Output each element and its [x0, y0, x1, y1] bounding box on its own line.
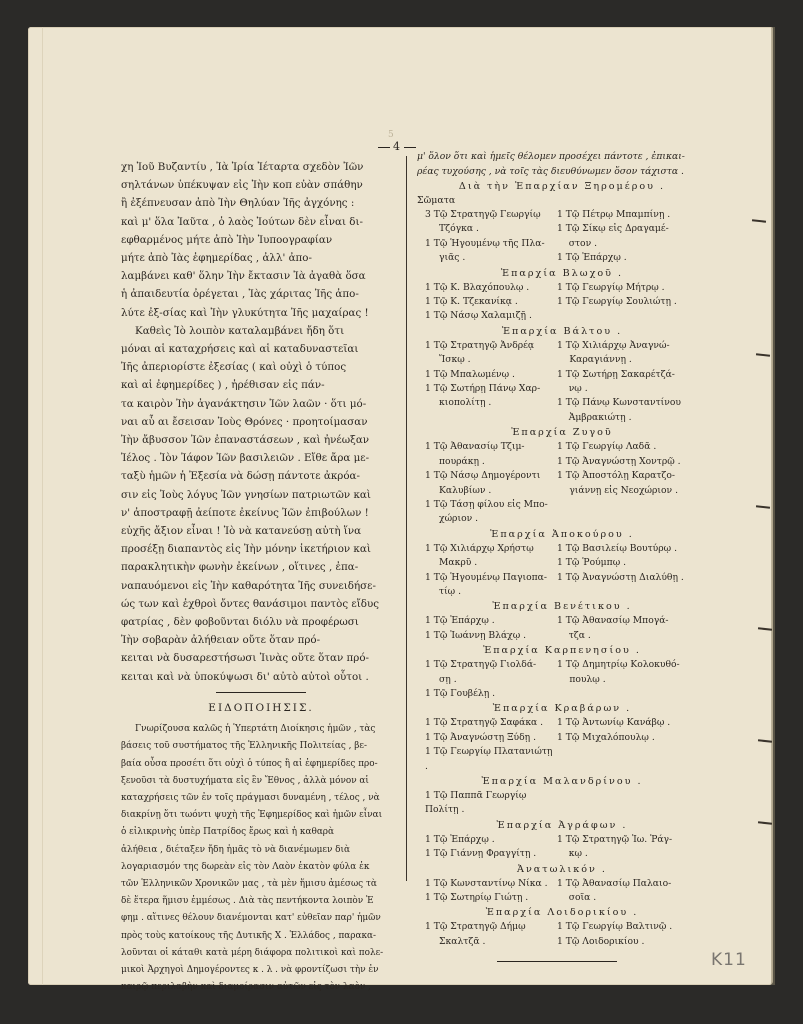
recipient-entry: 1 Τῷ Στρατηγῷ Σαφάκα .: [417, 716, 557, 730]
text-line: διακρίνῃ ὅτι τωόντι ψυχὴ τῆς Ἐφημερίδος …: [121, 807, 401, 824]
text-line: βαία οὖσα προσέτι ὅτι οὐχὶ ὁ τύπος ἢ αἱ …: [121, 756, 401, 773]
recipient-entry: σοῖα .: [547, 891, 707, 905]
recipient-row: 1 Τῷ Κ. Βλαχόπουλῳ .1 Τῷ Γεωργίῳ Μήτρῳ .: [417, 281, 707, 295]
text-line: εφθαρμένος μήτε ἀπὸ Ἰὴν Ἰυποογραφίαν: [121, 231, 401, 249]
recipient-entry: 1 Τῷ Κ. Τζεκανίκᾳ .: [417, 295, 557, 309]
province-section: Σῶματα3 Τῷ Στρατηγῷ Γεωργίῳ1 Τῷ Πέτρῳ Μπ…: [417, 194, 707, 266]
text-line: Ἰέλος . Ἰὸν Ἰάφον Ἰῶν βασιλειῶν . Εἴθε ἄ…: [121, 449, 401, 467]
recipient-row: 1 Τῷ Γουβέλῃ .: [417, 687, 707, 701]
recipient-entry: [557, 498, 707, 512]
recipient-entry: πουράκῃ .: [417, 455, 557, 469]
text-line: σηλτάνων ὑπέκυψαν εἰς Ἰὴν κοπ εὐὰν σπάθη…: [121, 176, 401, 194]
recipient-entry: 1 Τῷ Κωνσταντίνῳ Νίκα .: [417, 877, 557, 891]
end-rule: [497, 961, 617, 962]
recipient-row: 1 Τῷ Νάσῳ Χαλαμιζῇ .: [417, 309, 707, 323]
text-line: ὁ εἰλικρινὴς ὑπὲρ Πατρίδος ἔρως καὶ ἡ κα…: [121, 824, 401, 841]
text-line: κειται καὶ νὰ ὑποκύψωσι δι' αὐτὸ αὐτοὶ ο…: [121, 668, 401, 686]
notice-continuation: μ' ὅλον ὅτι καὶ ἡμεῖς θέλομεν προσέχει π…: [417, 150, 707, 179]
recipient-entry: 3 Τῷ Στρατηγῷ Γεωργίῳ: [417, 208, 557, 222]
recipient-row: Μακρῦ .1 Τῷ Ῥούμπῳ .: [417, 556, 707, 570]
bleed-through-page-number: 5: [388, 130, 394, 140]
province-section: Ἐπαρχία Βλωχοῦ .1 Τῷ Κ. Βλαχόπουλῳ .1 Τῷ…: [417, 267, 707, 324]
recipient-row: Τζόγκα .1 Τῷ Σίκῳ εἰς Δραγαμέ-: [417, 222, 707, 236]
recipient-entry: 1 Τῷ Τάσῃ φίλου εἰς Μπο-: [417, 498, 557, 512]
province-heading: Ἐπαρχία Ἀγράφων .: [417, 819, 707, 833]
province-heading: Ἐπαρχία Βλωχοῦ .: [417, 267, 707, 281]
text-line: ἀλήθεια , διέταξεν ἤδη ἡμᾶς τὸ νὰ διανέμ…: [121, 842, 401, 859]
recipient-entry: νῳ .: [547, 382, 707, 396]
recipient-row: Ἴσκῳ .Καραγιάννῃ .: [417, 353, 707, 367]
page-edge-shadow: [771, 27, 775, 985]
recipient-entry: 1 Τῷ Γεωργίῳ Σουλιώτῃ .: [557, 295, 707, 309]
recipient-row: γιᾶς .1 Τῷ Ἐπάρχῳ .: [417, 251, 707, 265]
recipient-row: 1 Τῷ Ἐπάρχῳ .1 Τῷ Ἀθανασίῳ Μπογά-: [417, 614, 707, 628]
recipient-entry: 1 Τῷ Σίκῳ εἰς Δραγαμέ-: [557, 222, 707, 236]
recipient-entry: [557, 789, 707, 818]
recipient-entry: Καραγιάννῃ .: [547, 353, 707, 367]
recipient-entry: τίῳ .: [417, 585, 557, 599]
recipient-entry: Τζόγκα .: [417, 222, 557, 236]
recipient-entry: 1 Τῷ Γεωργίῳ Μήτρῳ .: [557, 281, 707, 295]
province-section: Ἐπαρχία Βενέτικου .1 Τῷ Ἐπάρχῳ .1 Τῷ Ἀθα…: [417, 600, 707, 643]
recipient-entry: 1 Τῷ Χιλιάρχῳ Ἀναγνώ-: [557, 339, 707, 353]
text-line: Ἰῆς ἀπεριορίστε ἐξεσίας ( καὶ οὐχὶ ὁ τύπ…: [121, 358, 401, 376]
province-heading: Ἐπαρχία Βενέτικου .: [417, 600, 707, 614]
recipient-entry: 1 Τῷ Ἐπάρχῳ .: [417, 833, 557, 847]
recipient-row: πουράκῃ .1 Τῷ Ἀναγνώστῃ Χοντρῷ .: [417, 455, 707, 469]
text-line: ναι αὗ αι ἔσεισαν Ἰοὺς Θρόνες · προητοίμ…: [121, 413, 401, 431]
recipient-row: 1 Τῷ Γιάννῃ Φραγγίτῃ .κῳ .: [417, 847, 707, 861]
recipient-entry: 1 Τῷ Γεωργίῳ Βαλτινῷ .: [557, 920, 707, 934]
distribution-heading: Διὰ τὴν Ἐπαρχίαν Ξηρομέρου .: [417, 180, 707, 194]
recipient-entry: 1 Τῷ Ἀθανασίῳ Μπογά-: [557, 614, 707, 628]
province-section: Ἐπαρχία Ἀποκούρου .1 Τῷ Χιλιάρχῳ Χρήστῳ1…: [417, 528, 707, 600]
province-heading: Ἐπαρχία Ἀποκούρου .: [417, 528, 707, 542]
recipient-row: 1 Τῷ Χιλιάρχῳ Χρήστῳ1 Τῷ Βασιλείῳ Βουτύρ…: [417, 542, 707, 556]
recipient-entry: 1 Τῷ Ἀποστόλῃ Καρατζο-: [557, 469, 707, 483]
text-line: λαμβάνει καθ' ὅλην Ἰὴν ἔκτασιν Ἰὰ ἀγαθὰ …: [121, 267, 401, 285]
recipient-entry: 1 Τῷ Ἀναγνώστῃ Ξύδῃ .: [417, 731, 557, 745]
province-section: Ἐπαρχία Ἀγράφων .1 Τῷ Ἐπάρχῳ .1 Τῷ Στρατ…: [417, 819, 707, 862]
recipient-entry: 1 Τῷ Μιχαλόπουλῳ .: [557, 731, 707, 745]
recipient-entry: 1 Τῷ Ἀναγνώστῃ Διαλύθῃ .: [557, 571, 707, 585]
province-heading: Ἐπαρχία Βάλτου .: [417, 325, 707, 339]
archive-pencil-mark: K11: [711, 950, 747, 970]
text-line: Γνωρίζουσα καλῶς ἡ Ὑπερτάτη Διοίκησις ἡμ…: [121, 721, 401, 738]
recipient-entry: 1 Τῷ Ἰωάννῃ Βλάχῳ .: [417, 629, 547, 643]
article-paragraph-2: Καθεὶς Ἰὸ λοιπὸν καταλαμβάνει ἤδη ὅτιμόν…: [121, 322, 401, 686]
recipient-entry: [557, 745, 707, 774]
recipient-entry: 1 Τῷ Γιάννῃ Φραγγίτῃ .: [417, 847, 547, 861]
text-line: ναπαυόμενοι εἰς Ἰὴν καθαρότητα Ἰῆς συνει…: [121, 577, 401, 595]
text-line: ταξὺ ἡμῶν ἡ Ἐξεσία νὰ δώσῃ πάντοτε ἀκρόα…: [121, 467, 401, 485]
text-line: καταχρήσεις τῶν ἐν τοῖς πράγμασι δυναμέν…: [121, 790, 401, 807]
recipient-entry: 1 Τῷ Ἀθανασίῳ Παλαιο-: [557, 877, 707, 891]
text-line: κειται νὰ δυσαρεστήσωσι Ἰινὰς οὔτε ὅταν …: [121, 649, 401, 667]
recipient-entry: 1 Τῷ Νάσῳ Δημογέροντι: [417, 469, 557, 483]
recipient-row: 1 Τῷ Στρατηγῷ Δήμῳ1 Τῷ Γεωργίῳ Βαλτινῷ .: [417, 920, 707, 934]
recipient-row: 1 Τῷ Νάσῳ Δημογέροντι1 Τῷ Ἀποστόλῃ Καρατ…: [417, 469, 707, 483]
recipient-entry: [557, 309, 707, 323]
text-line: μόναι αἱ καταχρήσεις καὶ αἱ καταδυναστεῖ…: [121, 340, 401, 358]
text-line: ν' ἀποστραφῇ ἀείποτε ἐκείνυς Ἰῶν ἐπιβούλ…: [121, 504, 401, 522]
province-section: Ἐπαρχία Λοιδορικίου .1 Τῷ Στρατηγῷ Δήμῳ1…: [417, 906, 707, 949]
recipient-entry: γιάννῃ εἰς Νεοχώριον .: [547, 484, 707, 498]
recipient-entry: 1 Τῷ Βασιλείῳ Βουτύρῳ .: [557, 542, 707, 556]
recipient-entry: 1 Τῷ Στρατηγῷ Ἀνδρέᾳ: [417, 339, 557, 353]
recipient-row: 1 Τῷ Κ. Τζεκανίκᾳ .1 Τῷ Γεωργίῳ Σουλιώτῃ…: [417, 295, 707, 309]
recipient-row: 1 Τῷ Ἐπάρχῳ .1 Τῷ Στρατηγῷ Ἰω. Ῥάγ-: [417, 833, 707, 847]
text-line: τα καιρὸν Ἰὴν ἀγανάκτησιν Ἰῶν λαῶν · ὅτι…: [121, 395, 401, 413]
recipient-entry: 1 Τῷ Πάνῳ Κωνσταντίνου: [557, 396, 707, 410]
recipient-row: 1 Τῷ Σωτήρῃ Πάνῳ Χαρ-νῳ .: [417, 382, 707, 396]
recipient-entry: 1 Τῷ Στρατηγῷ Γιολδά-: [417, 658, 557, 672]
recipient-entry: κῳ .: [547, 847, 707, 861]
text-line: βάσεις τοῦ συστήματος τῆς Ἑλληνικῆς Πολι…: [121, 738, 401, 755]
recipient-entry: χώριον .: [417, 512, 557, 526]
recipient-entry: 1 Τῷ Ἀθανασίῳ Τζιμ-: [417, 440, 557, 454]
text-line: ἢ ἐξέπνευσαν ἀπὸ Ἰὴν Θηλύαν Ἰῆς ἀγχόνης …: [121, 194, 401, 212]
province-heading: Ἐπαρχία Μαλανδρίνου .: [417, 775, 707, 789]
page-number-text: 4: [393, 140, 401, 153]
text-line: Ἰὴν σοβαρὰν ἀλήθειαν οὔτε ὅταν πρό-: [121, 631, 401, 649]
province-section: Ἐπαρχία Καρπενησίου .1 Τῷ Στρατηγῷ Γιολδ…: [417, 644, 707, 701]
recipient-entry: Σκαλτζᾶ .: [417, 935, 557, 949]
text-line: φημ . αἵτινες θέλουν διανέμονται κατ' εὐ…: [121, 910, 401, 927]
recipient-entry: Μακρῦ .: [417, 556, 557, 570]
recipient-entry: τζα .: [547, 629, 707, 643]
text-line: πρὸς τοὺς κατοίκους τῆς Δυτικῆς Χ . Ἑλλά…: [121, 928, 401, 945]
recipient-row: 1 Τῷ Σωτηρίῳ Γιώτῃ .σοῖα .: [417, 891, 707, 905]
recipient-entry: [557, 687, 707, 701]
recipient-entry: 1 Τῷ Χιλιάρχῳ Χρήστῳ: [417, 542, 557, 556]
recipient-entry: 1 Τῷ Ἡγουμένῳ Παγιοπα-: [417, 571, 557, 585]
province-section: Ἐπαρχία Κραβάρων .1 Τῷ Στρατηγῷ Σαφάκα .…: [417, 702, 707, 774]
recipient-entry: 1 Τῷ Σωτηρίῳ Γιώτῃ .: [417, 891, 547, 905]
province-section: Ἐπαρχία Μαλανδρίνου .1 Τῷ Παππᾶ Γεωργίῳ …: [417, 775, 707, 818]
recipient-entry: 1 Τῷ Σωτήρῃ Πάνῳ Χαρ-: [417, 382, 547, 396]
recipient-row: 1 Τῷ Ἡγουμένῳ Παγιοπα-1 Τῷ Ἀναγνώστῃ Δια…: [417, 571, 707, 585]
text-line: ρέας τυχούσης , νὰ τοῖς τὰς διευθύνωμεν …: [417, 165, 707, 180]
province-heading: Ἐπαρχία Ζυγοῦ: [417, 426, 707, 440]
text-line: τῶν Ἑλληνικῶν Χρονικῶν μας , τὰ μὲν ἥμισ…: [121, 876, 401, 893]
recipient-entry: Καλυβίων .: [417, 484, 547, 498]
text-line: καὶ μ' ὅλα Ἰαῦτα , ὁ λαὸς Ἰούτων δὲν εἶν…: [121, 213, 401, 231]
recipient-row: 1 Τῷ Παππᾶ Γεωργίῳ Πολίτῃ .: [417, 789, 707, 818]
recipient-row: 3 Τῷ Στρατηγῷ Γεωργίῳ1 Τῷ Πέτρῳ Μπαμπίνῃ…: [417, 208, 707, 222]
article-paragraph-1: χη Ἰοῦ Βυζαντίυ , Ἰὰ Ἰρία Ἰέταρτα σχεδὸν…: [121, 158, 401, 322]
recipient-entry: [417, 411, 547, 425]
text-line: λογαριασμόν της δωρεὰν εἰς τὸν Λαὸν ἑκατ…: [121, 859, 401, 876]
province-heading: Ἐπαρχία Καρπενησίου .: [417, 644, 707, 658]
text-line: φατρίας , δὲν φοβοῦνται διόλυ νὰ προφέρω…: [121, 613, 401, 631]
recipient-row: 1 Τῷ Ἡγουμένῳ τῆς Πλα-στον .: [417, 237, 707, 251]
recipient-entry: [557, 512, 707, 526]
recipient-entry: 1 Τῷ Πέτρῳ Μπαμπίνῃ .: [557, 208, 707, 222]
recipient-entry: [557, 585, 707, 599]
text-line: προσέξῃ διαπαντὸς εἰς Ἰὴν μόνην ἱκετήριο…: [121, 540, 401, 558]
recipient-entry: κιοπολίτῃ .: [417, 396, 557, 410]
text-line: χη Ἰοῦ Βυζαντίυ , Ἰὰ Ἰρία Ἰέταρτα σχεδὸν…: [121, 158, 401, 176]
text-line: ἡ ἀπαιδευτία ὀρέγεται , Ἰὰς χάριτας Ἰῆς …: [121, 285, 401, 303]
text-line: ξενοῦσι τὰ δυστυχήματα εἰς ἓν Ἔθνος , ἀλ…: [121, 773, 401, 790]
text-line: μήτε ἀπὸ Ἰὰς ἐφημερίδας , ἀλλ' ἀπο-: [121, 249, 401, 267]
text-line: καὶ αἱ ἐφημερίδες ) , ἠρέθισαν εἰς πάν-: [121, 376, 401, 394]
recipient-row: 1 Τῷ Στρατηγῷ Ἀνδρέᾳ1 Τῷ Χιλιάρχῳ Ἀναγνώ…: [417, 339, 707, 353]
recipient-entry: 1 Τῷ Γεωργίῳ Πλατανιώτῃ .: [417, 745, 557, 774]
recipient-entry: Ἀμβρακιώτῃ .: [547, 411, 707, 425]
text-line: δὲ ἕτερα ἥμισυ ἐμμέσως . Διὰ τὰς πεντήκο…: [121, 893, 401, 910]
recipient-entry: 1 Τῷ Ἀντωνίῳ Κανάβῳ .: [557, 716, 707, 730]
recipient-entry: 1 Τῷ Γουβέλῃ .: [417, 687, 557, 701]
page-number: 4: [375, 140, 419, 153]
recipient-entry: 1 Τῷ Κ. Βλαχόπουλῳ .: [417, 281, 557, 295]
recipient-row: 1 Τῷ Τάσῃ φίλου εἰς Μπο-: [417, 498, 707, 512]
recipient-row: 1 Τῷ Ἀθανασίῳ Τζιμ-1 Τῷ Γεωργίῳ Λαδᾶ .: [417, 440, 707, 454]
text-line: Ἰὴν ἄβυσσον Ἰῶν ἐπαναστάσεων , καὶ ἠνέωξ…: [121, 431, 401, 449]
distribution-list: Σῶματα3 Τῷ Στρατηγῷ Γεωργίῳ1 Τῷ Πέτρῳ Μπ…: [417, 194, 707, 949]
province-section: Ἐπαρχία Βάλτου .1 Τῷ Στρατηγῷ Ἀνδρέᾳ1 Τῷ…: [417, 325, 707, 425]
recipient-entry: 1 Τῷ Γεωργίῳ Λαδᾶ .: [557, 440, 707, 454]
recipient-entry: 1 Τῷ Ἐπάρχῳ .: [417, 614, 557, 628]
text-line: λοῦνται οἱ κάταθι κατὰ μέρη διάφορα πολι…: [121, 945, 401, 962]
recipient-row: 1 Τῷ Ἀναγνώστῃ Ξύδῃ .1 Τῷ Μιχαλόπουλῳ .: [417, 731, 707, 745]
recipient-entry: 1 Τῷ Λοιδορικίου .: [557, 935, 707, 949]
recipient-entry: 1 Τῷ Ῥούμπῳ .: [557, 556, 707, 570]
recipient-row: 1 Τῷ Στρατηγῷ Γιολδά-1 Τῷ Δημητρίῳ Κολοκ…: [417, 658, 707, 672]
text-line: μ' ὅλον ὅτι καὶ ἡμεῖς θέλομεν προσέχει π…: [417, 150, 707, 165]
text-line: Καθεὶς Ἰὸ λοιπὸν καταλαμβάνει ἤδη ὅτι: [121, 322, 401, 340]
column-divider: [406, 156, 407, 881]
text-line: λύτε ἐξ-σίας καὶ Ἰὴν γλυκύτητα Ἰῆς μαχαί…: [121, 304, 401, 322]
province-section: Ἀνατωλικόν .1 Τῷ Κωνσταντίνῳ Νίκα .1 Τῷ …: [417, 863, 707, 906]
section-subheading: Σῶματα: [417, 194, 707, 208]
recipient-entry: σῃ .: [417, 673, 547, 687]
text-line: εὐχῆς ἄξιον εἶναι ! Ἰὸ νὰ κατανεύσῃ αὐτὴ…: [121, 522, 401, 540]
recipient-entry: Ἴσκῳ .: [417, 353, 547, 367]
province-heading: Ἐπαρχία Κραβάρων .: [417, 702, 707, 716]
recipient-entry: πουλῳ .: [547, 673, 707, 687]
section-divider: [216, 692, 306, 693]
recipient-entry: 1 Τῷ Νάσῳ Χαλαμιζῇ .: [417, 309, 557, 323]
text-line: παρακλητικὴν φωνὴν ἐκείνων , οἵτινες , ἐ…: [121, 558, 401, 576]
recipient-entry: 1 Τῷ Ἐπάρχῳ .: [557, 251, 707, 265]
text-line: καιρῷ περιλαβὴν καὶ διαμοίρασιν αὐτῶν εἰ…: [121, 979, 401, 996]
recipient-entry: στον .: [547, 237, 707, 251]
text-line: σιν εἰς Ἰοὺς λόγυς Ἰῶν γνησίων πατριωτῶν…: [121, 486, 401, 504]
text-line: μικοὶ Ἀρχηγοὶ Δημογέροντες κ . λ . νὰ φρ…: [121, 962, 401, 979]
province-section: Ἐπαρχία Ζυγοῦ1 Τῷ Ἀθανασίῳ Τζιμ-1 Τῷ Γεω…: [417, 426, 707, 526]
province-heading: Ἐπαρχία Λοιδορικίου .: [417, 906, 707, 920]
recipient-entry: 1 Τῷ Στρατηγῷ Δήμῳ: [417, 920, 557, 934]
recipient-entry: 1 Τῷ Σωτήρῃ Σακαρέτζά-: [557, 368, 707, 382]
recipient-row: 1 Τῷ Μπαλωμένῳ .1 Τῷ Σωτήρῃ Σακαρέτζά-: [417, 368, 707, 382]
recipient-row: 1 Τῷ Κωνσταντίνῳ Νίκα .1 Τῷ Ἀθανασίῳ Παλ…: [417, 877, 707, 891]
recipient-entry: 1 Τῷ Ἡγουμένῳ τῆς Πλα-: [417, 237, 547, 251]
recipient-entry: γιᾶς .: [417, 251, 557, 265]
recipient-entry: 1 Τῷ Δημητρίῳ Κολοκυθό-: [557, 658, 707, 672]
province-heading: Ἀνατωλικόν .: [417, 863, 707, 877]
recipient-entry: 1 Τῷ Μπαλωμένῳ .: [417, 368, 557, 382]
recipient-row: χώριον .: [417, 512, 707, 526]
recipient-entry: 1 Τῷ Παππᾶ Γεωργίῳ Πολίτῃ .: [417, 789, 557, 818]
notice-heading: ΕΙΔΟΠΟΙΗΣΙΣ.: [121, 699, 401, 717]
recipient-row: σῃ .πουλῳ .: [417, 673, 707, 687]
right-column: μ' ὅλον ὅτι καὶ ἡμεῖς θέλομεν προσέχει π…: [417, 150, 707, 962]
recipient-row: κιοπολίτῃ .1 Τῷ Πάνῳ Κωνσταντίνου: [417, 396, 707, 410]
text-line: ώς των καὶ ἐχθροὶ ὄντες θανάσιμοι παντὸς…: [121, 595, 401, 613]
recipient-row: 1 Τῷ Στρατηγῷ Σαφάκα .1 Τῷ Ἀντωνίῳ Κανάβ…: [417, 716, 707, 730]
recipient-entry: 1 Τῷ Ἀναγνώστῃ Χοντρῷ .: [557, 455, 707, 469]
notice-body: Γνωρίζουσα καλῶς ἡ Ὑπερτάτη Διοίκησις ἡμ…: [121, 721, 401, 996]
recipient-row: 1 Τῷ Γεωργίῳ Πλατανιώτῃ .: [417, 745, 707, 774]
recipient-entry: 1 Τῷ Στρατηγῷ Ἰω. Ῥάγ-: [557, 833, 707, 847]
left-column: χη Ἰοῦ Βυζαντίυ , Ἰὰ Ἰρία Ἰέταρτα σχεδὸν…: [121, 158, 401, 996]
recipient-row: Καλυβίων .γιάννῃ εἰς Νεοχώριον .: [417, 484, 707, 498]
recipient-row: Σκαλτζᾶ .1 Τῷ Λοιδορικίου .: [417, 935, 707, 949]
recipient-row: 1 Τῷ Ἰωάννῃ Βλάχῳ .τζα .: [417, 629, 707, 643]
recipient-row: τίῳ .: [417, 585, 707, 599]
recipient-row: Ἀμβρακιώτῃ .: [417, 411, 707, 425]
